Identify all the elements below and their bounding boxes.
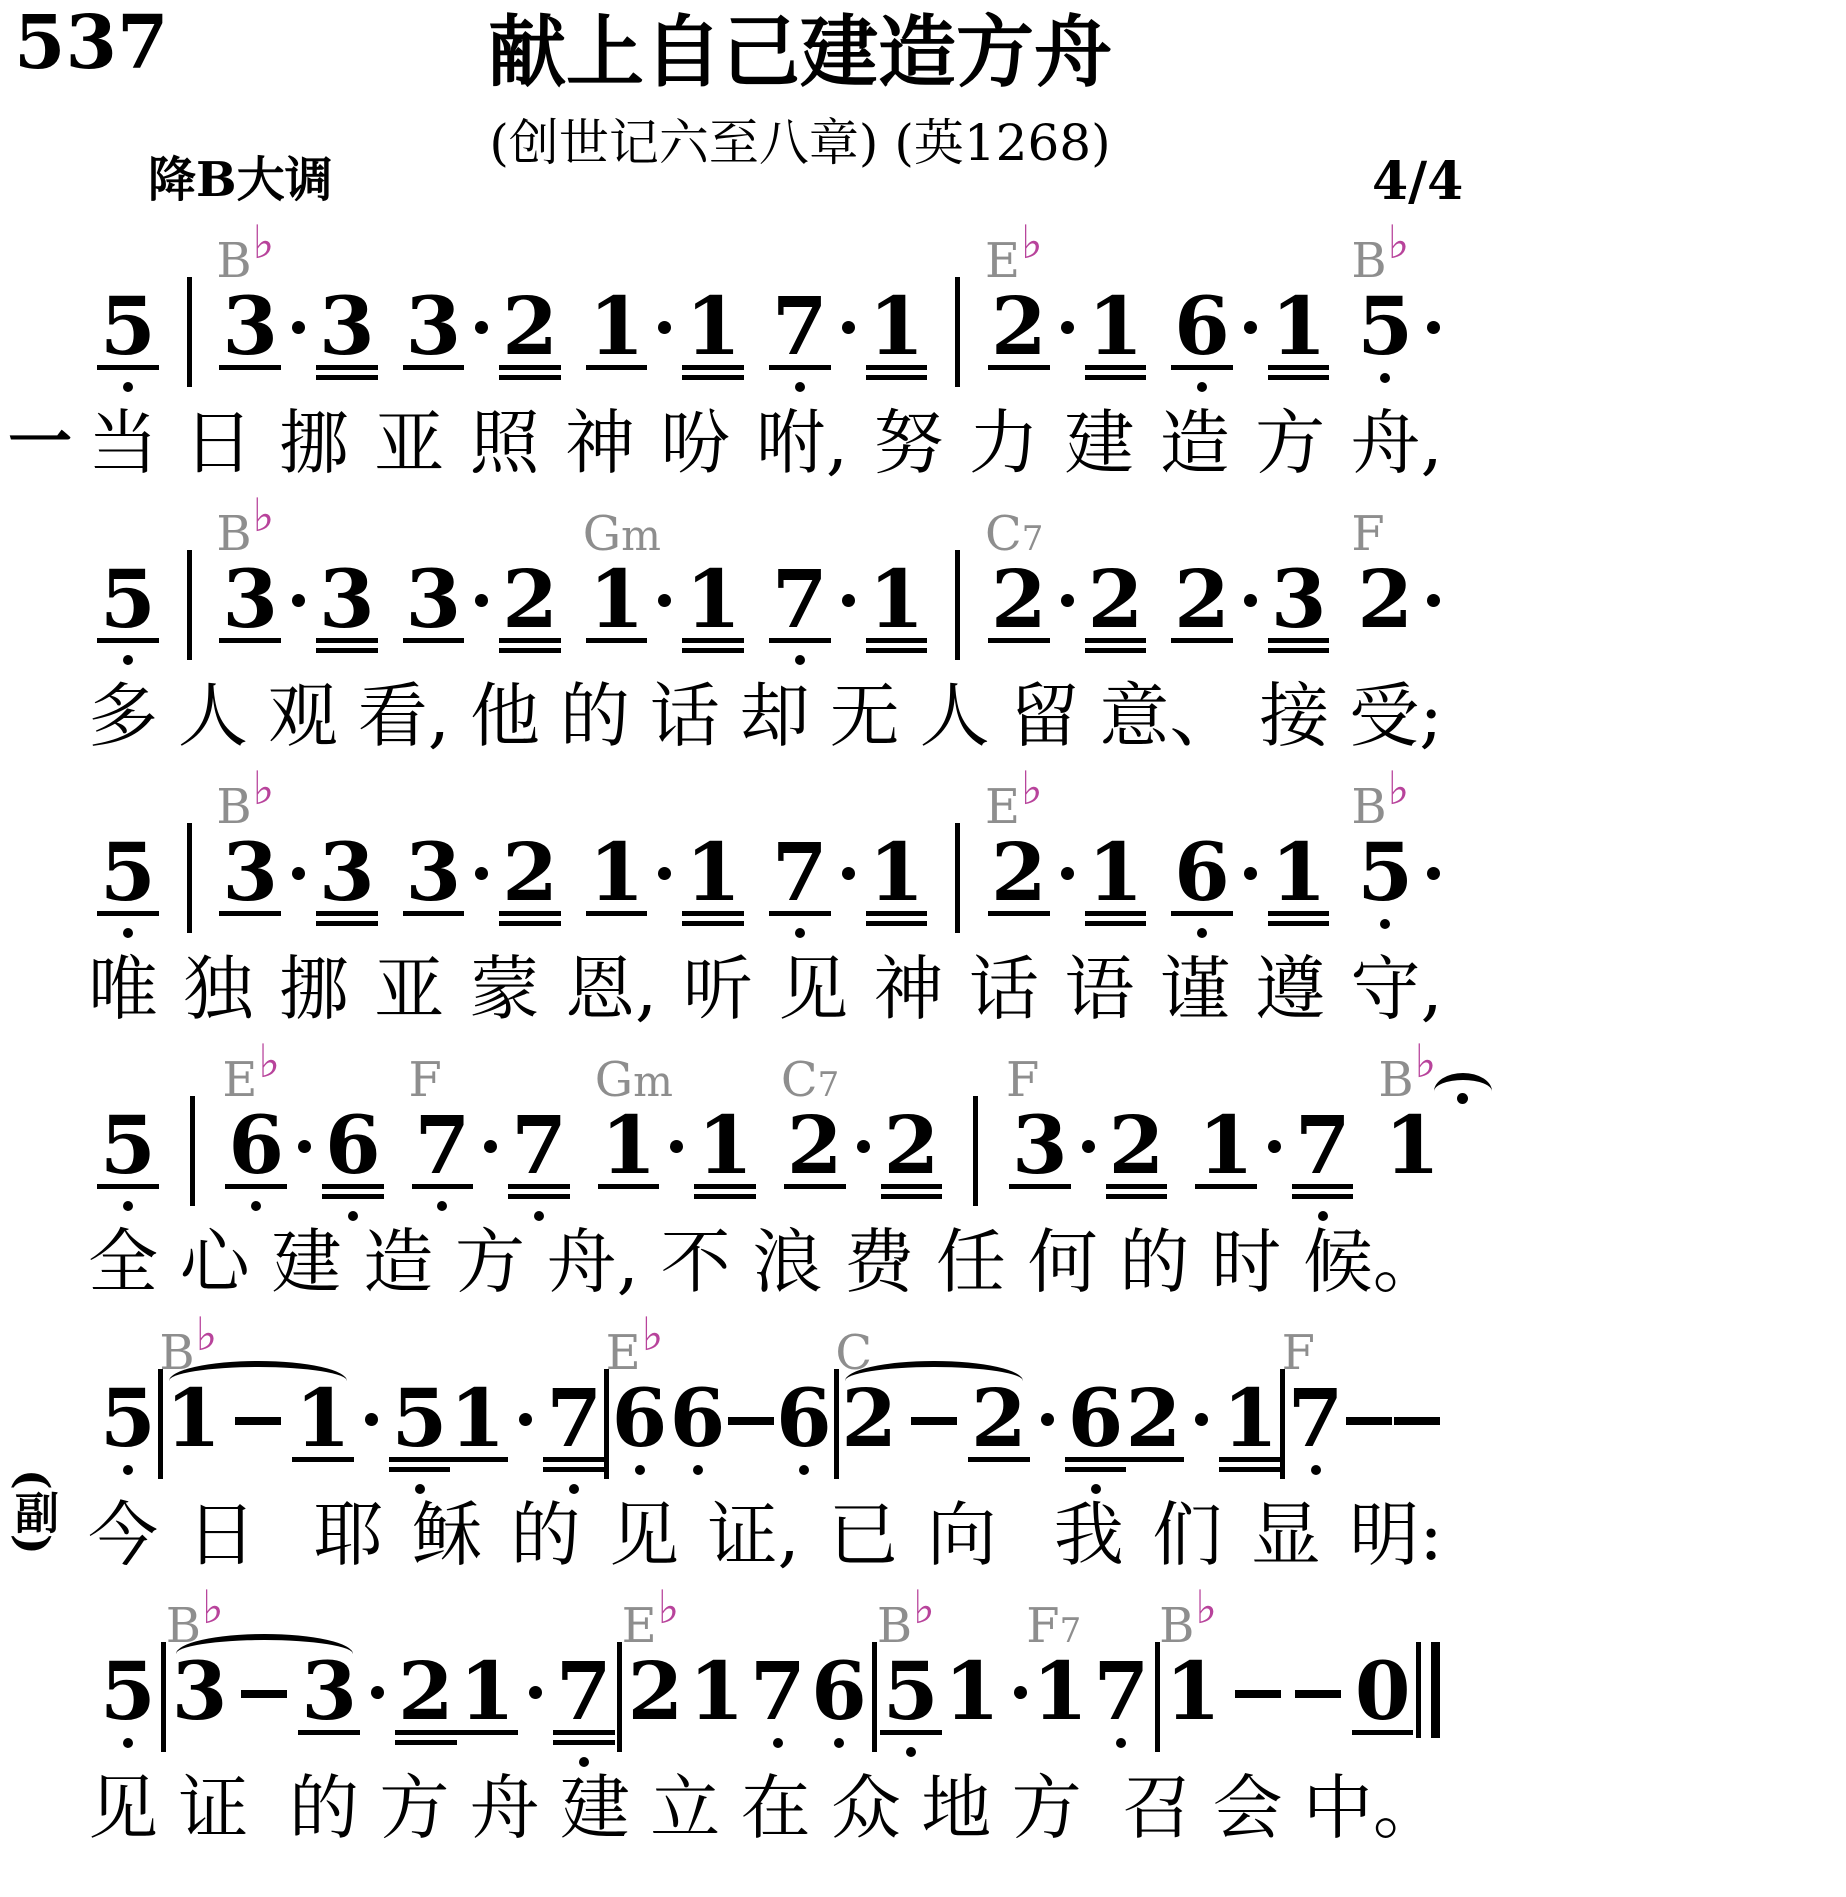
note-digit: 2	[884, 1116, 940, 1178]
lyric-syllable: 努	[874, 399, 944, 487]
note-digit: 1	[1198, 1116, 1254, 1178]
eighth-underline	[292, 1457, 354, 1462]
note-digit: 2	[787, 1116, 843, 1178]
sixteenth-underline	[1065, 1467, 1127, 1472]
eighth-underline	[97, 638, 159, 643]
note-digit: 3	[222, 570, 278, 632]
note: 1	[459, 1662, 515, 1724]
note-digit: 7	[556, 1662, 612, 1724]
sixteenth-underline	[499, 648, 561, 653]
note-digit: 5	[100, 570, 156, 632]
sixteenth-underline	[316, 921, 378, 926]
sixteenth-underline	[1292, 1194, 1354, 1199]
lyrics-line: 全心建造方舟,不浪费任何的时候。	[0, 1218, 1470, 1306]
eighth-underline	[543, 1457, 605, 1462]
beat-group: B♭332	[172, 1662, 454, 1724]
beat-group: 11	[589, 297, 741, 359]
barline	[834, 1369, 839, 1479]
chord-symbol: E♭	[985, 783, 1043, 831]
lyric-syllable: 立	[650, 1764, 720, 1852]
lyric-syllable: 显	[1251, 1491, 1321, 1579]
beat-group: 17	[1198, 1116, 1350, 1178]
lyric-syllable: 守,	[1351, 945, 1443, 1033]
beat-group: E♭21	[991, 297, 1143, 359]
music-line: 5B♭11517E♭666C22621F7	[100, 1306, 1440, 1451]
augmentation-dot	[484, 1140, 497, 1153]
lyric-syllable: 会	[1213, 1764, 1283, 1852]
note-digit: 1	[944, 1662, 1000, 1724]
note: 5	[1357, 843, 1413, 905]
note-digit: 7	[1288, 1389, 1344, 1451]
eighth-underline	[316, 365, 378, 370]
chord-symbol: C7	[781, 1056, 839, 1104]
lyric-syllable: 人	[920, 672, 990, 760]
low-octave-dot	[1116, 1738, 1126, 1748]
beat-group: F32	[1012, 1116, 1164, 1178]
hymn-page: 537 献上自己建造方舟 (创世记六至八章) (英1268) 降B大调 4/4 …	[0, 0, 1846, 1897]
note: 2	[991, 297, 1047, 359]
lyric-syllable: 方	[1012, 1764, 1082, 1852]
lyric-syllable: 挪	[279, 945, 349, 1033]
beat-group: 6	[776, 1389, 832, 1451]
augmentation-dot	[1014, 1686, 1027, 1699]
note: 3	[1012, 1116, 1068, 1178]
eighth-underline	[1085, 911, 1147, 916]
lyric-syllable: 候。	[1303, 1218, 1443, 1306]
final-bar-thick	[1431, 1642, 1440, 1738]
note-digit: 3	[222, 843, 278, 905]
note-digit: 6	[612, 1389, 668, 1451]
low-octave-dot	[1197, 928, 1207, 938]
low-octave-dot	[799, 1465, 809, 1475]
eighth-underline	[1219, 1457, 1281, 1462]
time-signature: 4/4	[1372, 156, 1463, 208]
sixteenth-underline	[316, 375, 378, 380]
key-signature: 降B大调	[148, 156, 333, 204]
lyric-syllable: 明:	[1349, 1491, 1443, 1579]
augmentation-dot	[658, 321, 671, 334]
note: 1	[697, 1116, 753, 1178]
barline	[190, 1096, 195, 1206]
eighth-underline	[298, 1730, 360, 1735]
beat-group: 21	[1126, 1389, 1278, 1451]
chord-extension: 7	[818, 1068, 840, 1102]
lyric-syllable: 们	[1152, 1491, 1222, 1579]
eighth-underline	[1171, 911, 1233, 916]
sixteenth-underline	[1085, 921, 1147, 926]
note-digit: 6	[1174, 297, 1230, 359]
low-octave-dot	[123, 382, 133, 392]
note-digit: 2	[1088, 570, 1144, 632]
eighth-underline	[316, 911, 378, 916]
flat-icon: ♭	[642, 1311, 664, 1357]
beat-group: Gm11	[589, 570, 741, 632]
beat-group: E♭21	[991, 843, 1143, 905]
augmentation-dot	[1427, 594, 1440, 607]
eighth-underline	[598, 1184, 660, 1189]
note: 5	[1357, 297, 1413, 359]
sixteenth-underline	[322, 1194, 384, 1199]
eighth-underline	[1009, 1184, 1071, 1189]
system: 5B♭3332Gm1171C72223F2多人观看,他的话却无人留意、接受;	[0, 487, 1470, 760]
eighth-underline	[412, 1184, 474, 1189]
beat-group	[1394, 1417, 1440, 1451]
chord-extension: 7	[1022, 522, 1044, 556]
note-digit: 1	[697, 1116, 753, 1178]
lyric-syllable: 任	[936, 1218, 1006, 1306]
system: 5E♭66F77Gm11C722F3217B♭1全心建造方舟,不浪费任何的时候。	[0, 1033, 1470, 1306]
eighth-underline	[1268, 365, 1330, 370]
lyric-syllable: 时	[1211, 1218, 1281, 1306]
barline	[955, 277, 960, 387]
augmentation-dot	[670, 1140, 683, 1153]
note-digit: 7	[1295, 1116, 1351, 1178]
note: 6	[670, 1389, 726, 1451]
lyric-syllable: 接	[1259, 672, 1329, 760]
eighth-underline	[988, 638, 1050, 643]
lyric-syllable: 舟	[470, 1764, 540, 1852]
chord-letter: F	[409, 1056, 442, 1104]
low-octave-dot	[123, 655, 133, 665]
augmentation-dot	[1427, 867, 1440, 880]
lyrics-line: (副)今日耶稣的见证,已向我们显明:	[0, 1491, 1470, 1579]
eighth-underline	[784, 1184, 846, 1189]
note-digit: 1	[869, 570, 925, 632]
note-digit: 2	[502, 843, 558, 905]
chord-letter: B	[1351, 783, 1386, 831]
note: 6	[228, 1116, 284, 1178]
final-bar-thin	[1416, 1642, 1421, 1738]
eighth-underline	[682, 365, 744, 370]
note-digit: 1	[1032, 1662, 1088, 1724]
note-digit: 1	[1222, 1389, 1278, 1451]
augmentation-dot	[475, 867, 488, 880]
augmentation-dot	[298, 1140, 311, 1153]
beat-group: 32	[406, 570, 558, 632]
beat-group: F77	[415, 1116, 567, 1178]
sixteenth-underline	[1268, 648, 1330, 653]
note: 1	[1384, 1116, 1440, 1178]
note: 3	[1271, 570, 1327, 632]
note: 2	[787, 1116, 843, 1178]
chord-letter: B	[1159, 1602, 1194, 1650]
music-line: 5B♭3332Gm1171C72223F2	[100, 487, 1440, 632]
chord-symbol: E♭	[985, 237, 1043, 285]
chord-letter: F	[1026, 1602, 1059, 1650]
lyric-syllable: 独	[183, 945, 253, 1033]
lyric-syllable: 方	[1255, 399, 1325, 487]
note: 6	[776, 1389, 832, 1451]
eighth-underline	[694, 1184, 756, 1189]
lyric-syllable: 蒙	[470, 945, 540, 1033]
eighth-underline	[1195, 1184, 1257, 1189]
lyric-syllable: 日	[183, 399, 253, 487]
flat-icon: ♭	[202, 1584, 224, 1630]
augmentation-dot	[519, 1413, 532, 1426]
beat-group: 7	[1093, 1662, 1149, 1724]
note-digit: 2	[1357, 570, 1413, 632]
note: 6	[1068, 1389, 1124, 1451]
augmentation-dot	[292, 594, 305, 607]
sixteenth-underline	[389, 1467, 451, 1472]
note-digit: 7	[772, 297, 828, 359]
eighth-underline	[1171, 365, 1233, 370]
eighth-underline	[499, 638, 561, 643]
note: 2	[884, 1116, 940, 1178]
beat-group: 6	[811, 1662, 867, 1724]
sixteenth-underline	[499, 375, 561, 380]
beat-group: B♭5	[1357, 843, 1440, 905]
low-octave-dot	[693, 1465, 703, 1475]
sixteenth-underline	[1085, 648, 1147, 653]
note: 5	[100, 1389, 156, 1451]
flat-icon: ♭	[253, 765, 275, 811]
lyric-syllable: 舟,	[547, 1218, 639, 1306]
chord-symbol: B♭	[1378, 1056, 1436, 1104]
eighth-underline	[403, 365, 465, 370]
low-octave-dot	[1197, 382, 1207, 392]
tie-group: 33	[172, 1662, 357, 1724]
eighth-underline	[1268, 911, 1330, 916]
lyric-syllable: 舟,	[1351, 399, 1443, 487]
note-digit: 7	[750, 1662, 806, 1724]
beat-group: 71	[772, 297, 924, 359]
augmentation-dot	[842, 594, 855, 607]
note-digit: 5	[100, 1116, 156, 1178]
note-digit: 1	[589, 297, 645, 359]
note: 5	[100, 1662, 156, 1724]
lyric-syllable: 语	[1064, 945, 1134, 1033]
eighth-underline	[322, 1184, 384, 1189]
note-digit: 2	[1174, 570, 1230, 632]
note: 2	[991, 570, 1047, 632]
chord-letter: B	[216, 237, 251, 285]
augmentation-dot	[658, 867, 671, 880]
lyric-syllable: 日	[187, 1491, 257, 1579]
note-digit: 2	[1109, 1116, 1165, 1178]
eighth-underline	[1085, 638, 1147, 643]
barline	[187, 277, 192, 387]
lyric-syllable: 他	[470, 672, 540, 760]
eighth-underline	[97, 911, 159, 916]
flat-icon: ♭	[1388, 765, 1410, 811]
barline	[1155, 1642, 1160, 1752]
note: 6	[1174, 843, 1230, 905]
lyric-syllable: 见	[88, 1764, 158, 1852]
lyric-syllable: 耶	[314, 1491, 384, 1579]
lyric-syllable: 浪	[752, 1218, 822, 1306]
eighth-underline	[586, 911, 648, 916]
eighth-underline	[403, 638, 465, 643]
lyric-syllable: 遵	[1255, 945, 1325, 1033]
note: 3	[172, 1662, 228, 1724]
lyrics-row: 见证的方舟建立在众地方召会中。	[88, 1764, 1443, 1852]
note: 7	[1093, 1662, 1149, 1724]
eighth-underline	[988, 365, 1050, 370]
augmentation-dot	[365, 1413, 378, 1426]
note-digit: 3	[222, 297, 278, 359]
note: 1	[1198, 1116, 1254, 1178]
sixteenth-underline	[866, 921, 928, 926]
lyric-syllable: 证	[178, 1764, 248, 1852]
chord-letter: F	[1351, 510, 1384, 558]
lyric-syllable: 已	[828, 1491, 898, 1579]
note-digit: 5	[100, 1389, 156, 1451]
note-digit: 2	[971, 1389, 1027, 1451]
beat-group: B♭33	[222, 297, 374, 359]
eighth-underline	[1106, 1184, 1168, 1189]
beat-group: 6	[670, 1389, 726, 1451]
note: 1	[685, 843, 741, 905]
flat-icon: ♭	[1021, 219, 1043, 265]
lyric-syllable: 的	[511, 1491, 581, 1579]
sixteenth-underline	[543, 1467, 605, 1472]
note-digit: 2	[991, 570, 1047, 632]
beat-group: B♭115	[165, 1389, 447, 1451]
eighth-underline	[1123, 1457, 1185, 1462]
sixteenth-underline	[1268, 375, 1330, 380]
note: 6	[1174, 297, 1230, 359]
eighth-underline	[769, 638, 831, 643]
beat-group: 1	[689, 1662, 745, 1724]
flat-icon: ♭	[1415, 1038, 1437, 1084]
lyric-syllable: 今	[88, 1491, 158, 1579]
eighth-underline	[316, 638, 378, 643]
augmentation-dot	[1427, 321, 1440, 334]
lyric-syllable: 的	[560, 672, 630, 760]
augmentation-dot	[1244, 867, 1257, 880]
augmentation-dot	[1244, 321, 1257, 334]
note: 7	[772, 843, 828, 905]
note: 1	[601, 1116, 657, 1178]
note: 5	[100, 843, 156, 905]
lyric-syllable: 见	[778, 945, 848, 1033]
barline	[872, 1642, 877, 1752]
lyric-syllable: 挪	[279, 399, 349, 487]
note: 7	[1288, 1389, 1344, 1451]
lyric-syllable: 的	[289, 1764, 359, 1852]
note-digit: 6	[1174, 843, 1230, 905]
eighth-underline	[395, 1730, 457, 1735]
lyric-syllable: 无	[830, 672, 900, 760]
eighth-underline	[1171, 638, 1233, 643]
note: 2	[1088, 570, 1144, 632]
lyric-syllable: 证,	[708, 1491, 800, 1579]
sixteenth-underline	[508, 1194, 570, 1199]
chord-letter: E	[985, 783, 1020, 831]
eighth-underline	[1352, 1730, 1414, 1735]
note-digit: 7	[415, 1116, 471, 1178]
barline	[187, 550, 192, 660]
note-digit: 1	[685, 843, 741, 905]
chord-letter: E	[606, 1329, 641, 1377]
note-digit: 1	[689, 1662, 745, 1724]
lyric-syllable: 意、	[1099, 672, 1239, 760]
note-digit: 2	[991, 297, 1047, 359]
beat-group: 23	[1174, 570, 1326, 632]
eighth-underline	[988, 911, 1050, 916]
lyric-syllable: 话	[650, 672, 720, 760]
eighth-underline	[508, 1184, 570, 1189]
eighth-underline	[219, 911, 281, 916]
flat-icon: ♭	[1388, 219, 1410, 265]
note-digit: 1	[1165, 1662, 1221, 1724]
note-digit: 1	[165, 1389, 221, 1451]
tie-group: 22	[841, 1389, 1026, 1451]
note: 3	[406, 843, 462, 905]
note: 3	[319, 297, 375, 359]
note-digit: 7	[546, 1389, 602, 1451]
chord-symbol: B♭	[877, 1602, 935, 1650]
flat-icon: ♭	[1021, 765, 1043, 811]
lyric-syllable: 多	[88, 672, 158, 760]
lyric-syllable: 众	[831, 1764, 901, 1852]
note: 1	[1271, 843, 1327, 905]
chorus-marker: (副)	[10, 1469, 54, 1599]
eighth-underline	[866, 638, 928, 643]
chord-letter: E	[985, 237, 1020, 285]
beat-group	[728, 1417, 774, 1451]
note-digit: 3	[406, 843, 462, 905]
chord-symbol: E♭	[222, 1056, 280, 1104]
augmentation-dot	[1061, 867, 1074, 880]
lyric-syllable: 稣	[412, 1491, 482, 1579]
lyric-syllable: 造	[1160, 399, 1230, 487]
augmentation-dot	[1061, 594, 1074, 607]
note-digit: 5	[100, 297, 156, 359]
note: 2	[1109, 1116, 1165, 1178]
eighth-underline	[1085, 365, 1147, 370]
lyrics-row: 全心建造方舟,不浪费任何的时候。	[88, 1218, 1443, 1306]
eighth-underline	[97, 1184, 159, 1189]
sixteenth-underline	[866, 375, 928, 380]
eighth-underline	[769, 365, 831, 370]
sixteenth-underline	[316, 648, 378, 653]
beat-group: 5	[100, 843, 156, 905]
lyric-syllable: 唯	[88, 945, 158, 1033]
beat-group: 17	[459, 1662, 611, 1724]
lyric-syllable: 心	[180, 1218, 250, 1306]
note: 1	[1088, 843, 1144, 905]
note: 7	[750, 1662, 806, 1724]
low-octave-dot	[123, 1201, 133, 1211]
music-line: 5B♭33321171E♭2161B♭5	[100, 214, 1440, 359]
note-digit: 3	[406, 570, 462, 632]
lyric-syllable: 当	[88, 399, 158, 487]
lyric-syllable: 亚	[374, 945, 444, 1033]
lyric-syllable: 谨	[1160, 945, 1230, 1033]
beat-group: C722	[991, 570, 1143, 632]
system: 5B♭33321171E♭2161B♭5一当日挪亚照神吩咐,努力建造方舟,	[0, 214, 1470, 487]
augmentation-dot	[529, 1686, 542, 1699]
beat-group: E♭6	[612, 1389, 668, 1451]
lyric-syllable: 不	[661, 1218, 731, 1306]
low-octave-dot	[795, 382, 805, 392]
eighth-underline	[880, 1730, 942, 1735]
duration-dash	[728, 1417, 774, 1425]
low-octave-dot	[123, 1465, 133, 1475]
note-digit: 1	[1271, 297, 1327, 359]
sixteenth-underline	[553, 1740, 615, 1745]
note-digit: 1	[589, 570, 645, 632]
chord-letter: B	[1378, 1056, 1413, 1104]
chord-quality: m	[633, 1061, 673, 1103]
lyric-syllable: 亚	[374, 399, 444, 487]
flat-icon: ♭	[253, 219, 275, 265]
sixteenth-underline	[499, 921, 561, 926]
note-digit: 5	[100, 843, 156, 905]
note: 5	[100, 1116, 156, 1178]
